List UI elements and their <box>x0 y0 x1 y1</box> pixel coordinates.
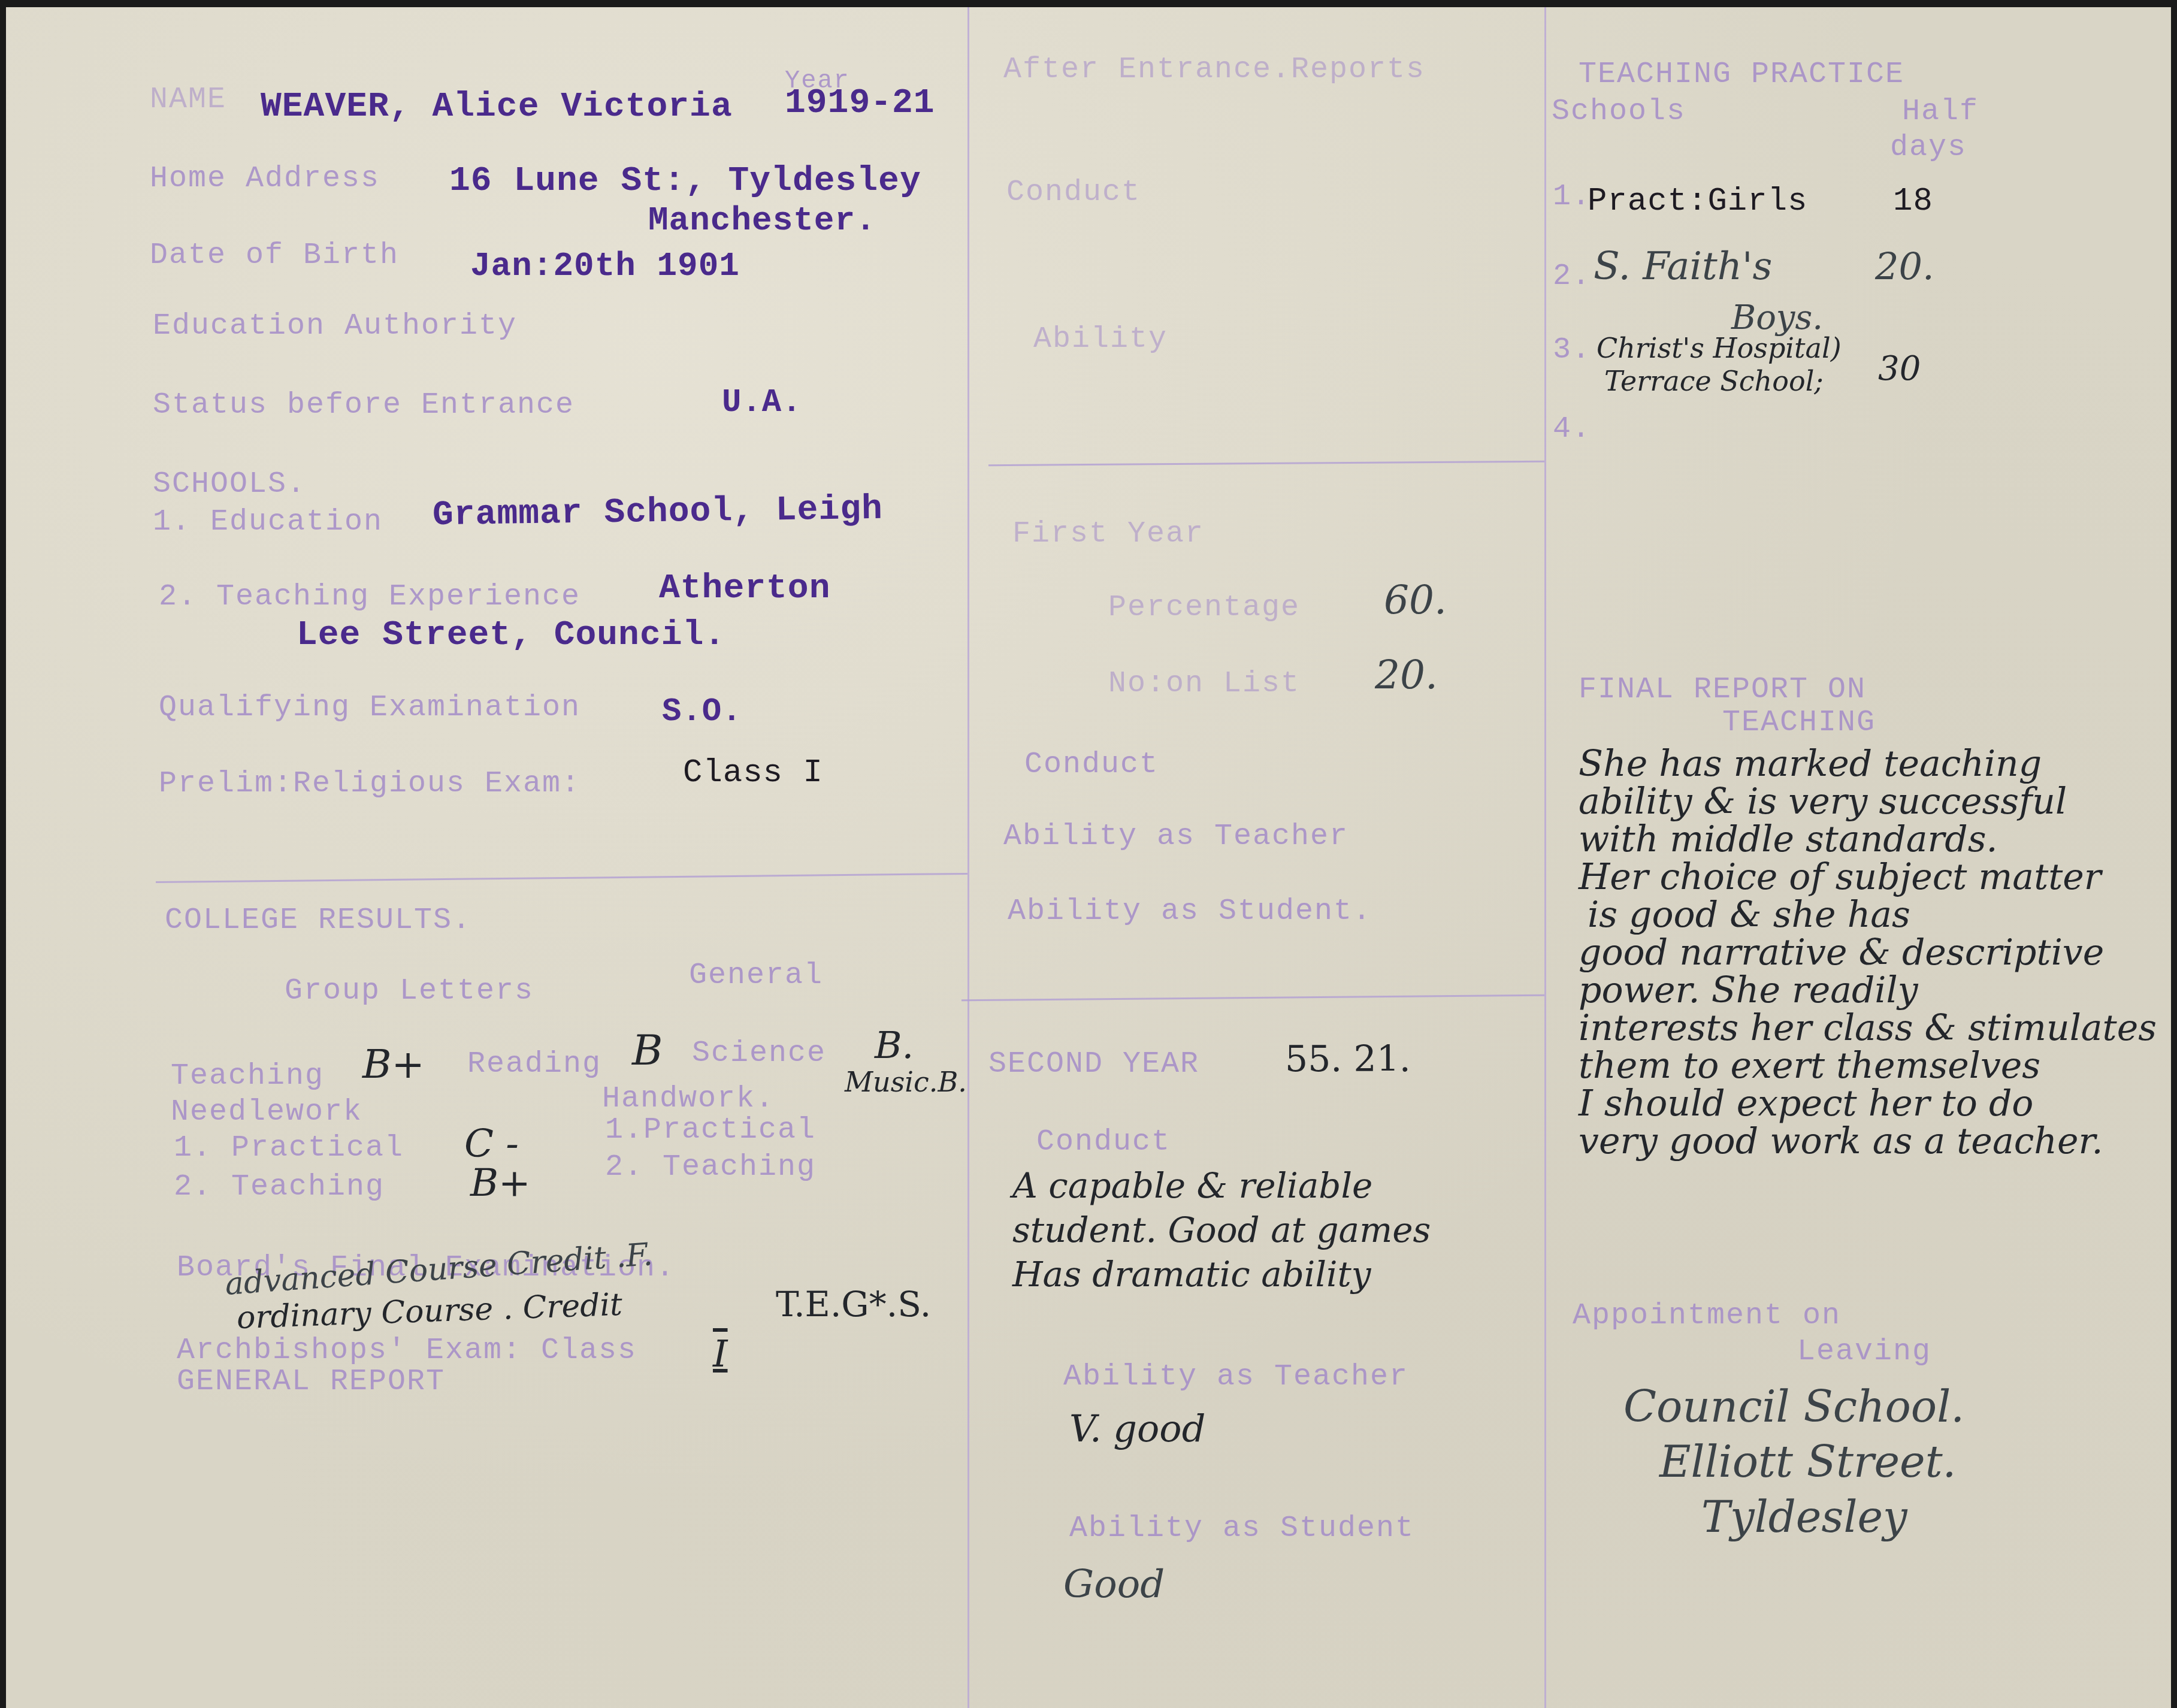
needlework-practical-label: 1. Practical <box>174 1133 404 1163</box>
conduct-comment-line: student. Good at games <box>1012 1208 1431 1252</box>
practice-days-1: 18 <box>1893 186 1933 218</box>
handwork-teaching-label: 2. Teaching <box>605 1153 816 1183</box>
appointment-line: Council School. <box>1623 1379 1964 1434</box>
first-year-conduct-label: Conduct <box>1024 750 1159 780</box>
final-report-line: interests her class & stimulates <box>1579 1009 2157 1047</box>
practice-school-2: S. Faith's <box>1594 247 1772 287</box>
archbishops-exam-value: I <box>713 1334 728 1373</box>
appointment-text: Council School. Elliott Street. Tyldesle… <box>1623 1379 1964 1544</box>
final-report-line: with middle standards. <box>1579 821 2157 858</box>
after-entrance-label: After Entrance.Reports <box>1003 55 1425 85</box>
name-value: WEAVER, Alice Victoria <box>261 90 733 125</box>
music-note: Music.B. <box>845 1068 967 1096</box>
college-results-label: COLLEGE RESULTS. <box>165 906 471 936</box>
qualifying-exam-label: Qualifying Examination <box>159 693 580 723</box>
practice-days-3: 30 <box>1878 352 1921 387</box>
handwork-label: Handwork. <box>602 1084 775 1114</box>
second-year-value: 55. 21. <box>1285 1041 1411 1078</box>
column-divider-left <box>967 7 969 1708</box>
home-address-line1: 16 Lune St:, Tyldesley <box>449 164 921 199</box>
left-section-divider <box>156 873 967 883</box>
practice-days-2: 20. <box>1875 247 1934 286</box>
practice-num-2: 2. <box>1553 262 1591 292</box>
group-letters-label: Group Letters <box>285 977 534 1006</box>
teaching-practice-label: TEACHING PRACTICE <box>1579 60 1904 90</box>
final-report-line: power. She readily <box>1579 972 2157 1009</box>
second-year-ability-student-value: Good <box>1063 1565 1165 1605</box>
second-year-label: SECOND YEAR <box>988 1050 1199 1080</box>
first-year-ability-teacher-label: Ability as Teacher <box>1003 822 1348 852</box>
first-year-ability-student-label: Ability as Student. <box>1008 897 1372 927</box>
year-value: 1919-21 <box>785 86 935 121</box>
final-report-label-2: TEACHING <box>1722 708 1876 738</box>
final-report-line: ability & is very successful <box>1579 783 2157 821</box>
practice-num-4: 4. <box>1553 415 1591 445</box>
practice-school-1: Pract:Girls <box>1588 186 1807 218</box>
conduct-comment-line: Has dramatic ability <box>1012 1252 1431 1296</box>
status-value: U.A. <box>722 387 802 419</box>
percentage-value: 60. <box>1384 579 1447 621</box>
appointment-line: Elliott Street. <box>1623 1434 1964 1489</box>
schools-label: SCHOOLS. <box>153 470 306 500</box>
needlework-practical-grade: C - <box>464 1124 519 1165</box>
needlework-teaching-grade: B+ <box>470 1163 531 1204</box>
education-authority-label: Education Authority <box>153 312 517 341</box>
second-year-conduct-comment: A capable & reliable student. Good at ga… <box>1012 1163 1431 1296</box>
final-report-line: very good work as a teacher. <box>1579 1123 2157 1160</box>
archbishops-exam-label: Archbishops' Exam: Class <box>177 1336 637 1366</box>
practice-school-3-sub: Terrace School; <box>1604 367 1824 395</box>
middle-section-divider-2 <box>961 994 1544 1001</box>
final-report-line: them to exert themselves <box>1579 1047 2157 1085</box>
appointment-label-1: Appointment on <box>1573 1301 1841 1331</box>
column-divider-right <box>1544 7 1546 1708</box>
teaching-experience-label: 2. Teaching Experience <box>159 582 580 612</box>
name-label: NAME <box>150 85 226 115</box>
practice-num-1: 1. <box>1553 182 1591 212</box>
final-report-label-1: FINAL REPORT ON <box>1579 675 1866 705</box>
handwork-practical-label: 1.Practical <box>605 1116 816 1145</box>
second-year-ability-teacher-value: V. good <box>1069 1409 1205 1448</box>
education-label: 1. Education <box>153 507 383 537</box>
middle-section-divider-1 <box>988 461 1544 466</box>
no-on-list-label: No:on List <box>1108 669 1300 699</box>
ordinary-course-subjects: T.E.G*.S. <box>776 1286 931 1323</box>
second-year-ability-teacher-label: Ability as Teacher <box>1063 1362 1408 1392</box>
home-address-label: Home Address <box>150 164 380 194</box>
final-report-line: is good & she has <box>1579 896 2157 934</box>
science-grade: B. <box>875 1026 914 1065</box>
second-year-ability-student-label: Ability as Student <box>1069 1514 1414 1544</box>
dob-value: Jan:20th 1901 <box>470 249 740 283</box>
appointment-label-2: Leaving <box>1797 1337 1931 1367</box>
dob-label: Date of Birth <box>150 241 399 271</box>
practice-school-2-sub: Boys. <box>1731 301 1823 336</box>
teaching-experience-line2: Lee Street, Council. <box>297 618 725 653</box>
second-year-conduct-label: Conduct <box>1036 1127 1171 1157</box>
percentage-label: Percentage <box>1108 593 1300 623</box>
practice-num-3: 3. <box>1553 335 1591 365</box>
home-address-line2: Manchester. <box>648 204 876 237</box>
reading-grade: B <box>632 1029 663 1073</box>
appointment-line: Tyldesley <box>1623 1489 1964 1544</box>
conduct-comment-line: A capable & reliable <box>1012 1163 1431 1208</box>
half-days-header-2: days <box>1890 133 1967 163</box>
reading-label: Reading <box>467 1050 601 1080</box>
science-label: Science <box>692 1039 826 1069</box>
no-on-list-value: 20. <box>1375 654 1438 696</box>
student-record-card: NAME WEAVER, Alice Victoria Year 1919-21… <box>6 7 2171 1708</box>
teaching-grade: B+ <box>362 1044 425 1085</box>
schools-header: Schools <box>1552 97 1686 127</box>
after-entrance-ability-label: Ability <box>1033 325 1168 355</box>
final-report-line: Her choice of subject matter <box>1579 858 2157 896</box>
education-value: Grammar School, Leigh <box>433 492 884 533</box>
final-report-line: good narrative & descriptive <box>1579 934 2157 972</box>
teaching-experience-line1: Atherton <box>659 572 830 606</box>
prelim-religious-value: Class I <box>683 757 823 790</box>
status-label: Status before Entrance <box>153 391 575 421</box>
final-report-line: She has marked teaching <box>1579 745 2157 783</box>
first-year-label: First Year <box>1012 519 1204 549</box>
needlework-teaching-label: 2. Teaching <box>174 1172 385 1202</box>
final-report-line: I should expect her to do <box>1579 1085 2157 1123</box>
teaching-label: Teaching <box>171 1062 324 1092</box>
general-label: General <box>689 961 823 991</box>
general-report-label: GENERAL REPORT <box>177 1367 445 1397</box>
after-entrance-conduct-label: Conduct <box>1006 178 1141 208</box>
practice-school-3: Christ's Hospital) <box>1597 334 1842 362</box>
qualifying-exam-value: S.O. <box>662 696 742 728</box>
needlework-label: Needlework <box>171 1098 362 1127</box>
prelim-religious-label: Prelim:Religious Exam: <box>159 769 580 799</box>
half-days-header-1: Half <box>1902 97 1979 127</box>
final-report-text: She has marked teaching ability & is ver… <box>1579 745 2157 1160</box>
